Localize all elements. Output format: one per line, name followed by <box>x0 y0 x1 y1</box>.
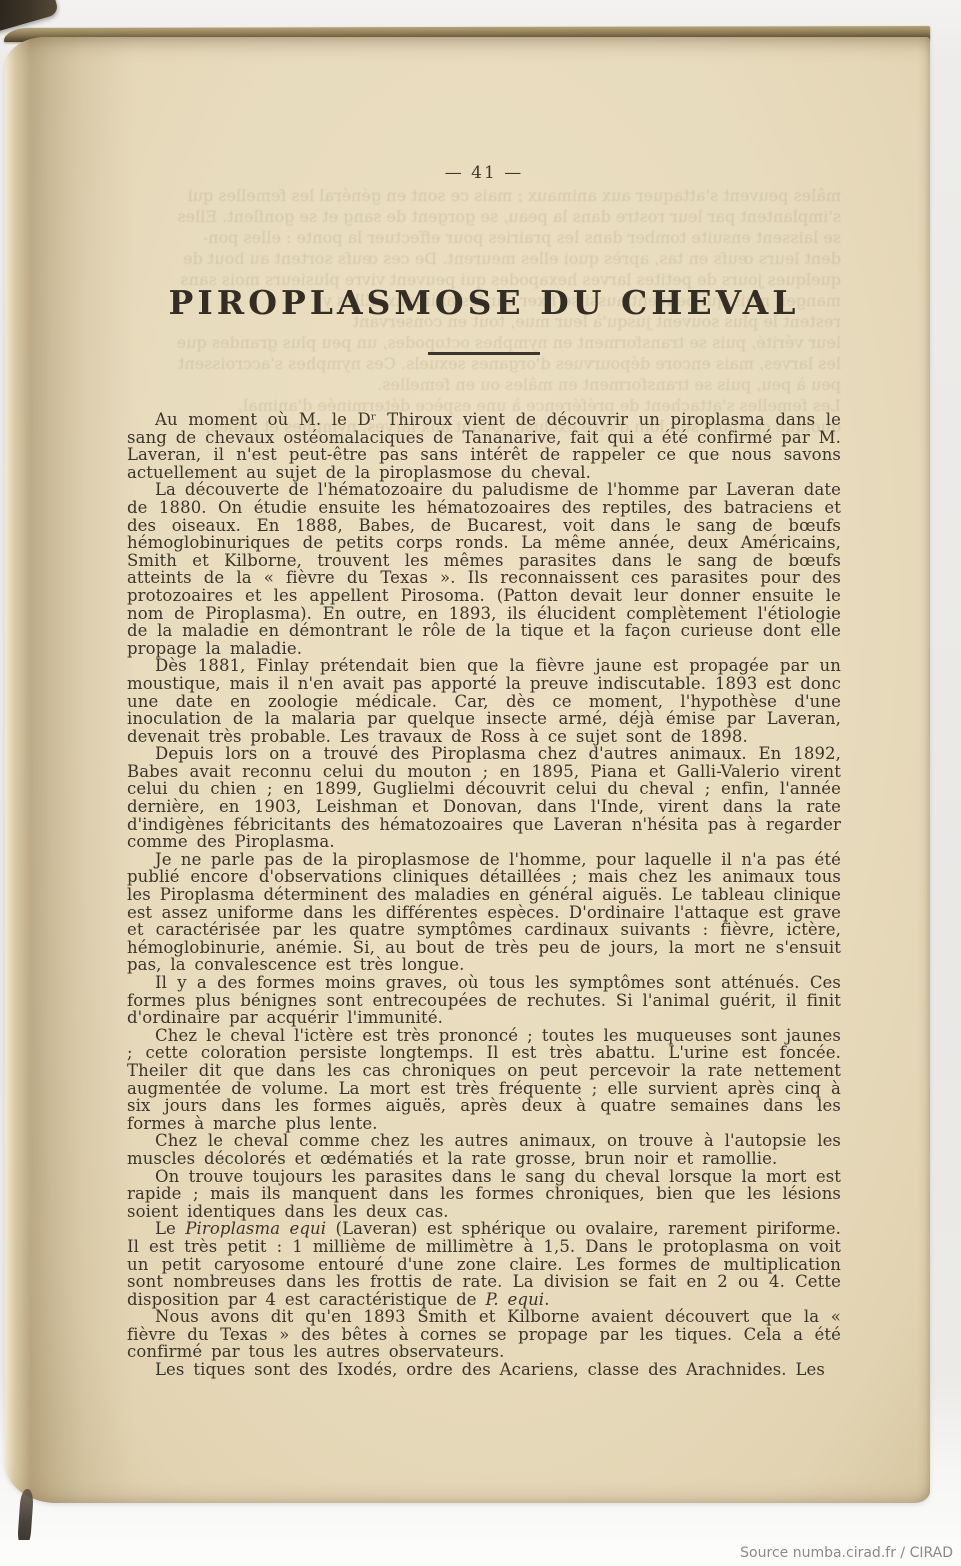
source-attribution-bar: Source numba.cirad.fr / CIRAD <box>0 1540 961 1566</box>
body-paragraph: Nous avons dit qu'en 1893 Smith et Kilbo… <box>127 1308 841 1361</box>
body-paragraph: Chez le cheval l'ictère est très prononc… <box>127 1027 841 1133</box>
paragraph-segment: Le <box>155 1219 185 1238</box>
body-paragraph: Les tiques sont des Ixodés, ordre des Ac… <box>127 1361 841 1379</box>
body-paragraph: Le Piroplasma equi (Laveran) est sphériq… <box>127 1220 841 1308</box>
body-paragraph: La découverte de l'hématozoaire du palud… <box>127 481 841 657</box>
title-divider-rule <box>428 352 540 355</box>
paragraph-segment: . <box>544 1290 549 1309</box>
body-paragraph: Chez le cheval comme chez les autres ani… <box>127 1132 841 1167</box>
gutter-shadow <box>5 37 135 1503</box>
article-body: Au moment où M. le Dʳ Thiroux vient de d… <box>127 411 841 1379</box>
chapter-title: PIROPLASMOSE DU CHEVAL <box>127 283 841 322</box>
page-content: — 41 — PIROPLASMOSE DU CHEVAL Au moment … <box>127 37 841 1379</box>
body-paragraph: Depuis lors on a trouvé des Piroplasma c… <box>127 745 841 851</box>
body-paragraph: On trouve toujours les parasites dans le… <box>127 1168 841 1221</box>
body-paragraph: Il y a des formes moins graves, où tous … <box>127 974 841 1027</box>
source-attribution-label: Source numba.cirad.fr / CIRAD <box>740 1545 953 1561</box>
species-name-italic: Piroplasma equi <box>185 1219 326 1238</box>
species-name-italic: P. equi <box>486 1290 545 1309</box>
body-paragraph: Au moment où M. le Dʳ Thiroux vient de d… <box>127 411 841 481</box>
body-paragraph: Je ne parle pas de la piroplasmose de l'… <box>127 851 841 974</box>
binding-mark <box>17 1489 34 1548</box>
book-page: mâles peuvent s'attaquer aux animaux ; m… <box>5 37 930 1503</box>
scanned-book-photo: mâles peuvent s'attaquer aux animaux ; m… <box>0 0 961 1566</box>
body-paragraph: Dès 1881, Finlay prétendait bien que la … <box>127 657 841 745</box>
page-number: — 41 — <box>127 163 841 183</box>
